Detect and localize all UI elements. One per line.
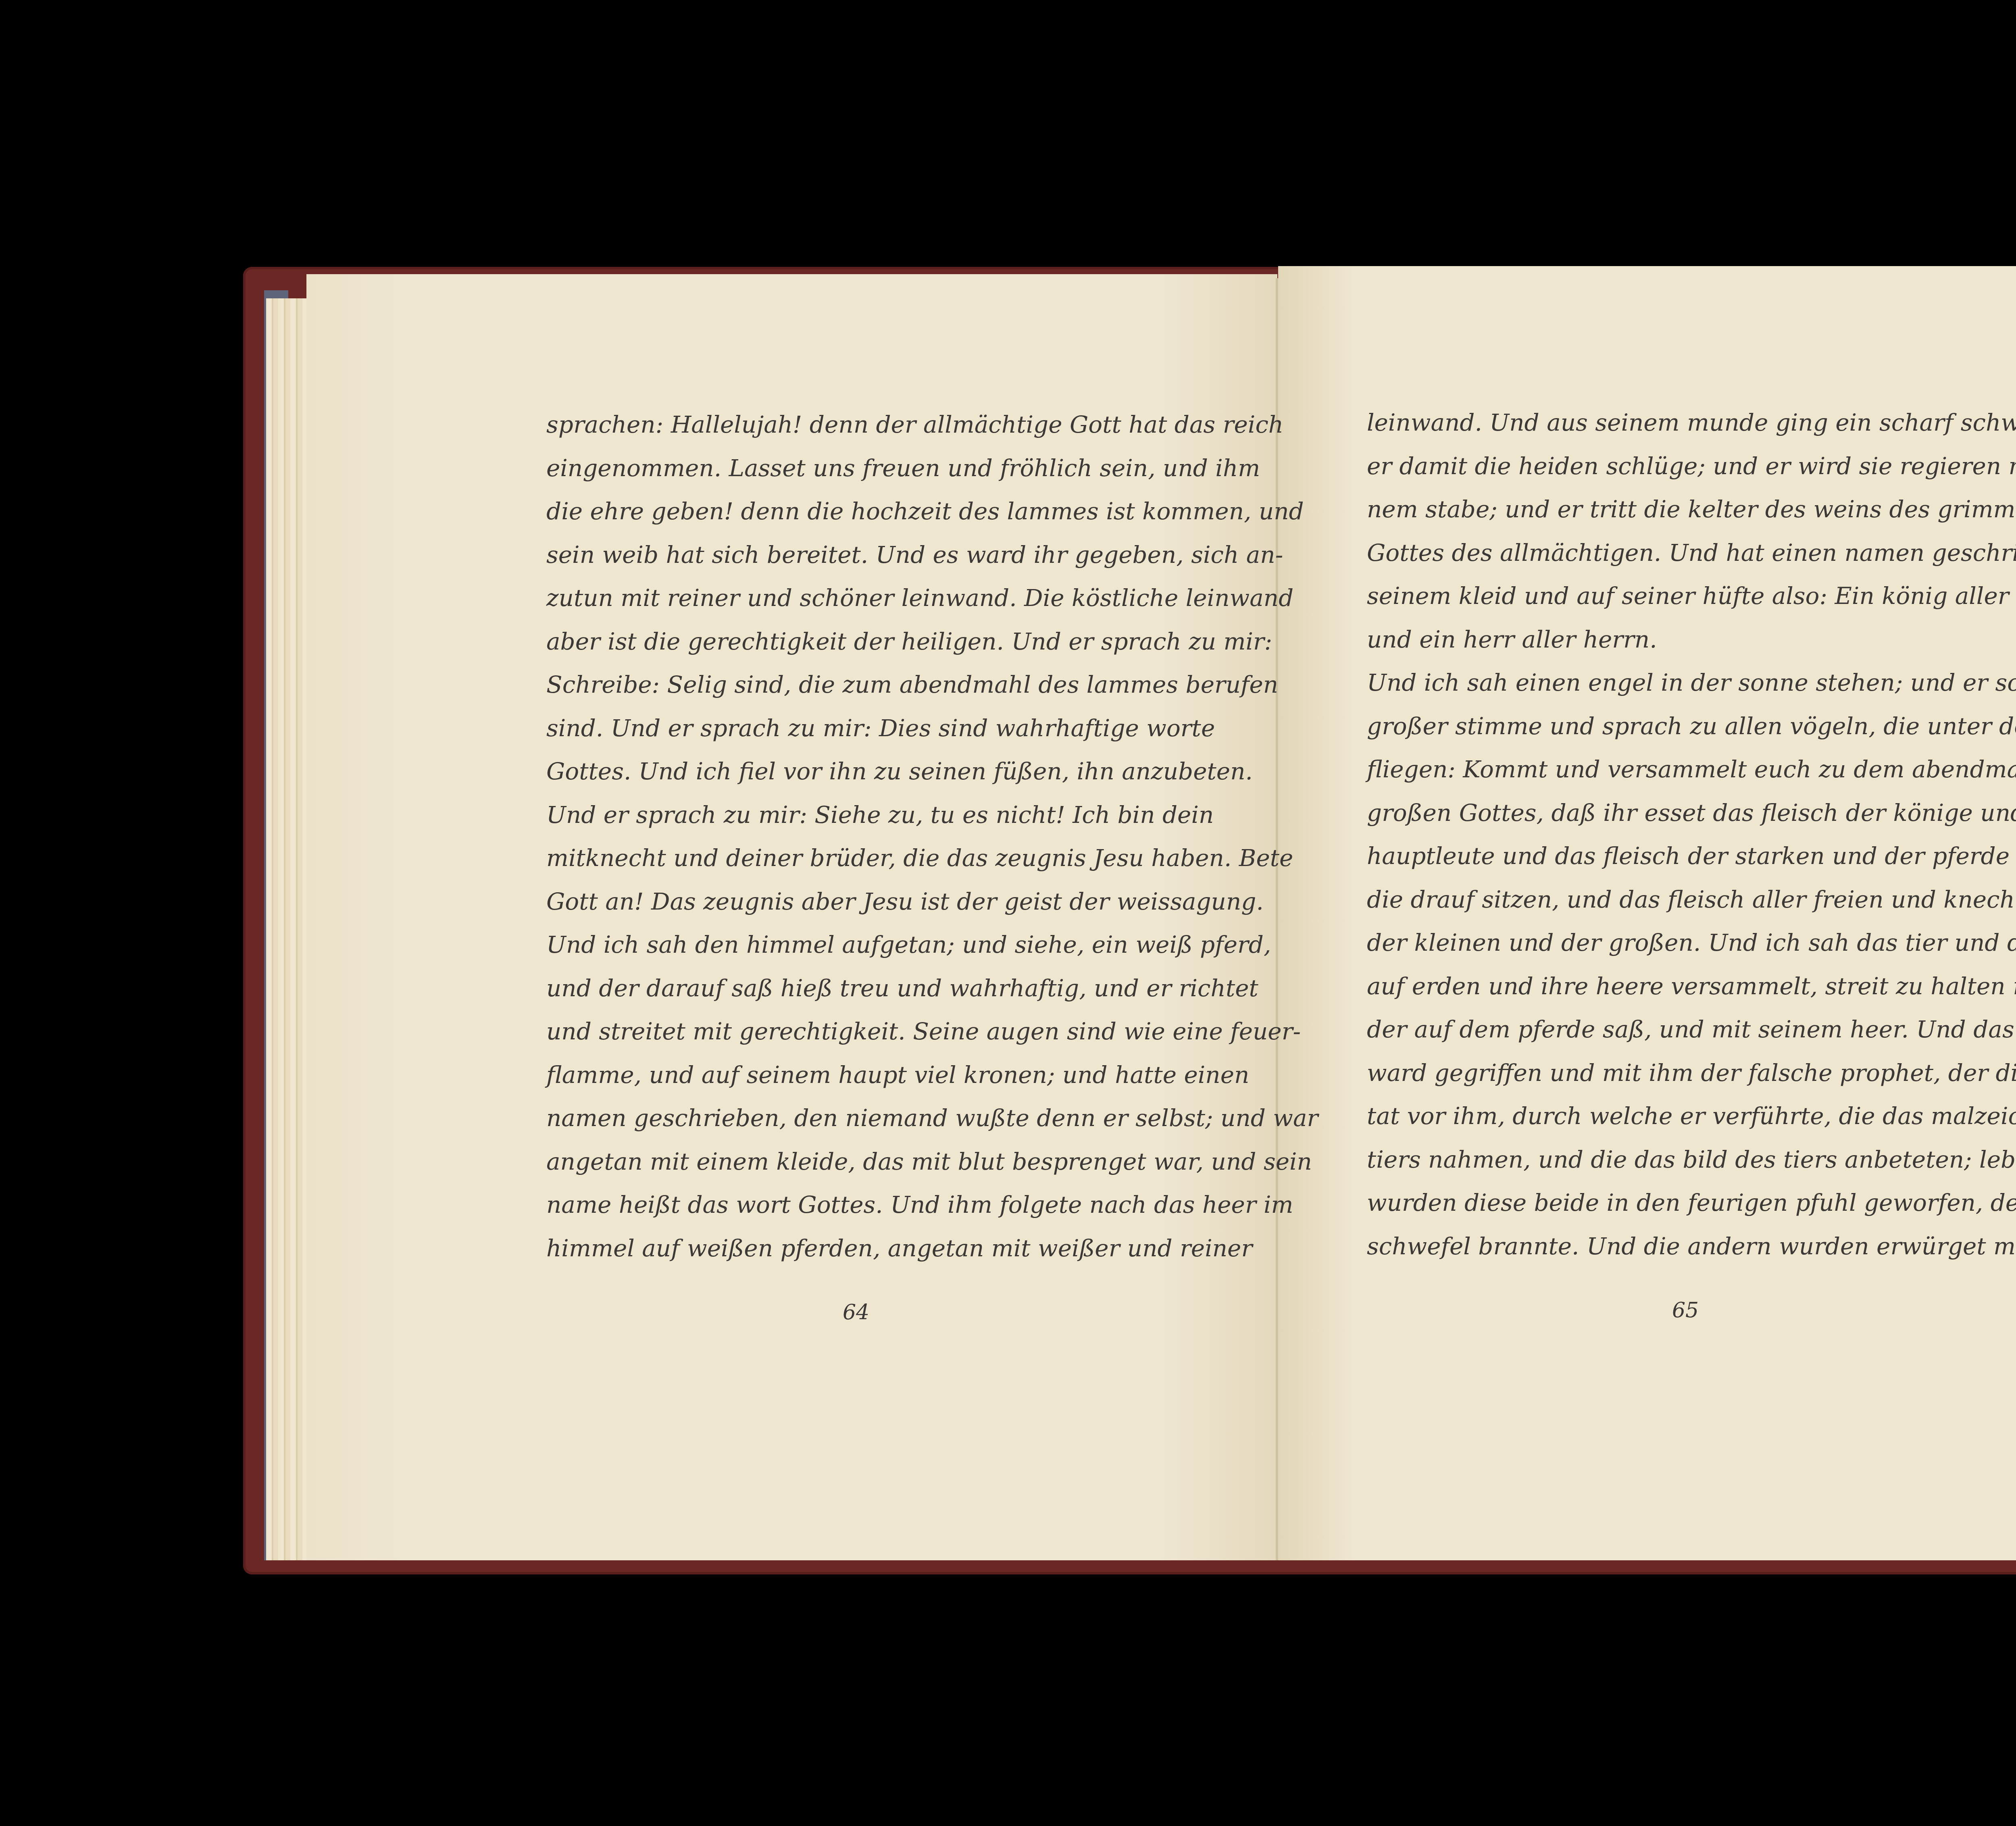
text-line: mitknecht und deiner brüder, die das zeu…: [546, 837, 1318, 880]
text-line: Gott an! Das zeugnis aber Jesu ist der g…: [546, 880, 1318, 924]
text-line: und der darauf saß hieß treu und wahrhaf…: [546, 967, 1318, 1010]
text-line: zutun mit reiner und schöner leinwand. D…: [546, 577, 1318, 620]
text-line: Und ich sah den himmel aufgetan; und sie…: [546, 923, 1318, 967]
text-line: der auf dem pferde saß, und mit seinem h…: [1367, 1008, 2016, 1051]
text-line: wurden diese beide in den feurigen pfuhl…: [1367, 1181, 2016, 1225]
text-line: großer stimme und sprach zu allen vögeln…: [1367, 705, 2016, 748]
text-line: aber ist die gerechtigkeit der heiligen.…: [546, 620, 1318, 664]
text-line: flamme, und auf seinem haupt viel kronen…: [546, 1054, 1318, 1097]
text-line: Gottes des allmächtigen. Und hat einen n…: [1367, 531, 2016, 575]
left-page-text: sprachen: Hallelujah! denn der allmächti…: [546, 403, 1318, 1270]
text-line: er damit die heiden schlüge; und er wird…: [1367, 445, 2016, 488]
text-line: sprachen: Hallelujah! denn der allmächti…: [546, 403, 1318, 447]
text-line: tat vor ihm, durch welche er verführte, …: [1367, 1095, 2016, 1138]
text-line: hauptleute und das fleisch der starken u…: [1367, 835, 2016, 878]
text-line: angetan mit einem kleide, das mit blut b…: [546, 1140, 1318, 1184]
text-line: seinem kleid und auf seiner hüfte also: …: [1367, 575, 2016, 618]
text-line: nem stabe; und er tritt die kelter des w…: [1367, 488, 2016, 531]
text-line: eingenommen. Lasset uns freuen und fröhl…: [546, 447, 1318, 490]
text-line: name heißt das wort Gottes. Und ihm folg…: [546, 1183, 1318, 1227]
text-line: leinwand. Und aus seinem munde ging ein …: [1367, 401, 2016, 445]
text-line: Und ich sah einen engel in der sonne ste…: [1367, 661, 2016, 705]
text-line: die ehre geben! denn die hochzeit des la…: [546, 490, 1318, 533]
page-number-left: 64: [843, 1300, 869, 1324]
text-line: Schreibe: Selig sind, die zum abendmahl …: [546, 663, 1318, 707]
text-line: auf erden und ihre heere versammelt, str…: [1367, 965, 2016, 1008]
text-line: und ein herr aller herrn.: [1367, 618, 2016, 662]
text-line: der kleinen und der großen. Und ich sah …: [1367, 921, 2016, 965]
text-line: tiers nahmen, und die das bild des tiers…: [1367, 1138, 2016, 1182]
text-line: namen geschrieben, den niemand wußte den…: [546, 1097, 1318, 1140]
text-line: die drauf sitzen, und das fleisch aller …: [1367, 878, 2016, 922]
text-line: sein weib hat sich bereitet. Und es ward…: [546, 533, 1318, 577]
page-number-right: 65: [1672, 1298, 1699, 1322]
text-line: und streitet mit gerechtigkeit. Seine au…: [546, 1010, 1318, 1054]
text-line: fliegen: Kommt und versammelt euch zu de…: [1367, 748, 2016, 791]
text-line: Und er sprach zu mir: Siehe zu, tu es ni…: [546, 793, 1318, 837]
text-line: sind. Und er sprach zu mir: Dies sind wa…: [546, 707, 1318, 750]
right-page-text: leinwand. Und aus seinem munde ging ein …: [1367, 401, 2016, 1268]
text-line: Gottes. Und ich fiel vor ihn zu seinen f…: [546, 750, 1318, 793]
text-line: himmel auf weißen pferden, angetan mit w…: [546, 1227, 1318, 1270]
text-line: schwefel brannte. Und die andern wurden …: [1367, 1225, 2016, 1268]
text-line: ward gegriffen und mit ihm der falsche p…: [1367, 1051, 2016, 1095]
text-line: großen Gottes, daß ihr esset das fleisch…: [1367, 791, 2016, 835]
